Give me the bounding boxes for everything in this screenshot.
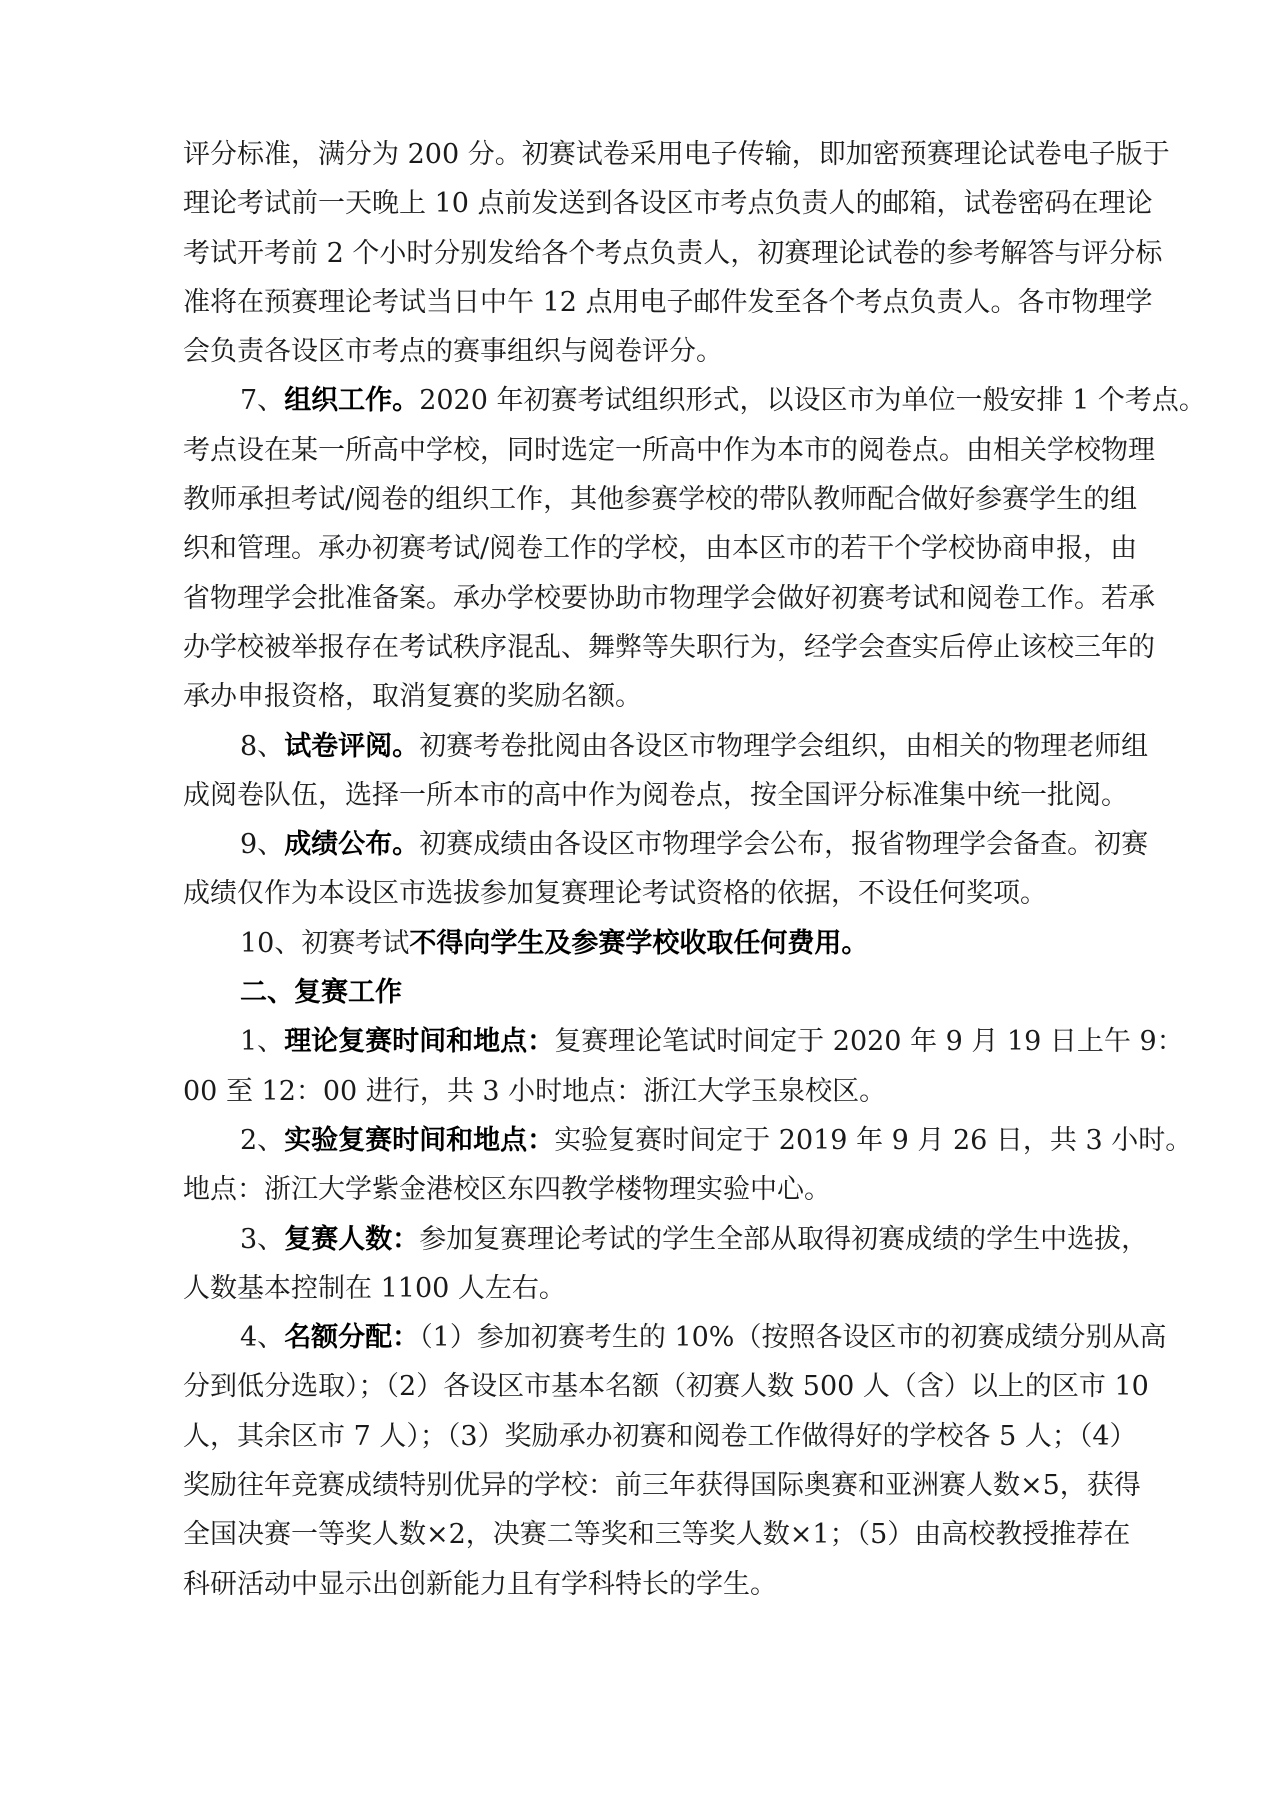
- item-number: 4、: [240, 1322, 284, 1353]
- paragraph-s2-item-2: 2、实验复赛时间和地点：实验复赛时间定于 2019 年 9 月 26 日，共 3…: [183, 1116, 1101, 1215]
- text-line: 理论考试前一天晚上 10 点前发送到各设区市考点负责人的邮箱，试卷密码在理论: [183, 179, 1101, 228]
- text-line: 成阅卷队伍，选择一所本市的高中作为阅卷点，按全国评分标准集中统一批阅。: [183, 771, 1101, 820]
- text-line: 2、实验复赛时间和地点：实验复赛时间定于 2019 年 9 月 26 日，共 3…: [183, 1116, 1101, 1165]
- item-number: 10、: [240, 928, 301, 959]
- text-line: 奖励往年竞赛成绩特别优异的学校：前三年获得国际奥赛和亚洲赛人数×5，获得: [183, 1461, 1101, 1510]
- item-number: 9、: [240, 829, 284, 860]
- text-line: 3、复赛人数：参加复赛理论考试的学生全部从取得初赛成绩的学生中选拔，: [183, 1215, 1101, 1264]
- item-text: 复赛理论笔试时间定于 2020 年 9 月 19 日上午 9：: [554, 1026, 1184, 1057]
- text-line: 地点：浙江大学紫金港校区东四教学楼物理实验中心。: [183, 1165, 1101, 1214]
- item-heading: 试卷评阅。: [284, 731, 419, 762]
- paragraph-item-7: 7、组织工作。2020 年初赛考试组织形式，以设区市为单位一般安排 1 个考点。…: [183, 376, 1101, 721]
- item-heading: 复赛人数：: [284, 1224, 419, 1255]
- item-heading: 组织工作。: [284, 385, 419, 416]
- text-line: 成绩仅作为本设区市选拔参加复赛理论考试资格的依据，不设任何奖项。: [183, 869, 1101, 918]
- text-line: 8、试卷评阅。初赛考卷批阅由各设区市物理学会组织，由相关的物理老师组: [183, 722, 1101, 771]
- section-heading: 二、复赛工作: [183, 968, 1101, 1017]
- item-text: 初赛考试: [301, 928, 409, 959]
- item-number: 3、: [240, 1224, 284, 1255]
- item-emphasis: 不得向学生及参赛学校收取任何费用。: [409, 928, 868, 959]
- paragraph-s2-item-4: 4、名额分配：（1）参加初赛考生的 10%（按照各设区市的初赛成绩分别从高 分到…: [183, 1313, 1101, 1609]
- text-line: 人数基本控制在 1100 人左右。: [183, 1264, 1101, 1313]
- item-heading: 成绩公布。: [284, 829, 419, 860]
- text-line: 省物理学会批准备案。承办学校要协助市物理学会做好初赛考试和阅卷工作。若承: [183, 574, 1101, 623]
- text-line: 科研活动中显示出创新能力且有学科特长的学生。: [183, 1560, 1101, 1609]
- text-line: 全国决赛一等奖人数×2，决赛二等奖和三等奖人数×1；（5）由高校教授推荐在: [183, 1510, 1101, 1559]
- item-text: 初赛考卷批阅由各设区市物理学会组织，由相关的物理老师组: [419, 731, 1148, 762]
- item-text: 2020 年初赛考试组织形式，以设区市为单位一般安排 1 个考点。: [419, 385, 1206, 416]
- text-line: 分到低分选取）；（2）各设区市基本名额（初赛人数 500 人（含）以上的区市 1…: [183, 1362, 1101, 1411]
- item-heading: 理论复赛时间和地点：: [284, 1026, 554, 1057]
- paragraph-s2-item-1: 1、理论复赛时间和地点：复赛理论笔试时间定于 2020 年 9 月 19 日上午…: [183, 1017, 1101, 1116]
- text-line: 00 至 12：00 进行，共 3 小时地点：浙江大学玉泉校区。: [183, 1067, 1101, 1116]
- item-number: 1、: [240, 1026, 284, 1057]
- paragraph-item-8: 8、试卷评阅。初赛考卷批阅由各设区市物理学会组织，由相关的物理老师组 成阅卷队伍…: [183, 722, 1101, 821]
- text-line: 织和管理。承办初赛考试/阅卷工作的学校，由本区市的若干个学校协商申报，由: [183, 524, 1101, 573]
- paragraph-item-9: 9、成绩公布。初赛成绩由各设区市物理学会公布，报省物理学会备查。初赛 成绩仅作为…: [183, 820, 1101, 919]
- item-heading: 实验复赛时间和地点：: [284, 1125, 554, 1156]
- text-line: 准将在预赛理论考试当日中午 12 点用电子邮件发至各个考点负责人。各市物理学: [183, 278, 1101, 327]
- item-text: 实验复赛时间定于 2019 年 9 月 26 日，共 3 小时。: [554, 1125, 1192, 1156]
- item-number: 8、: [240, 731, 284, 762]
- item-text: （1）参加初赛考生的 10%（按照各设区市的初赛成绩分别从高: [419, 1322, 1166, 1353]
- text-line: 教师承担考试/阅卷的组织工作，其他参赛学校的带队教师配合做好参赛学生的组: [183, 475, 1101, 524]
- text-line: 人，其余区市 7 人）；（3）奖励承办初赛和阅卷工作做得好的学校各 5 人；（4…: [183, 1412, 1101, 1461]
- section-title: 二、复赛工作: [240, 977, 402, 1008]
- text-line: 7、组织工作。2020 年初赛考试组织形式，以设区市为单位一般安排 1 个考点。: [183, 376, 1101, 425]
- text-line: 办学校被举报存在考试秩序混乱、舞弊等失职行为，经学会查实后停止该校三年的: [183, 623, 1101, 672]
- text-line: 承办申报资格，取消复赛的奖励名额。: [183, 672, 1101, 721]
- paragraph-scoring-tail: 评分标准，满分为 200 分。初赛试卷采用电子传输，即加密预赛理论试卷电子版于 …: [183, 130, 1101, 376]
- text-line: 会负责各设区市考点的赛事组织与阅卷评分。: [183, 327, 1101, 376]
- item-number: 2、: [240, 1125, 284, 1156]
- text-line: 评分标准，满分为 200 分。初赛试卷采用电子传输，即加密预赛理论试卷电子版于: [183, 130, 1101, 179]
- text-line: 1、理论复赛时间和地点：复赛理论笔试时间定于 2020 年 9 月 19 日上午…: [183, 1017, 1101, 1066]
- paragraph-item-10: 10、初赛考试不得向学生及参赛学校收取任何费用。: [183, 919, 1101, 968]
- item-heading: 名额分配：: [284, 1322, 419, 1353]
- text-line: 9、成绩公布。初赛成绩由各设区市物理学会公布，报省物理学会备查。初赛: [183, 820, 1101, 869]
- item-number: 7、: [240, 385, 284, 416]
- text-line: 4、名额分配：（1）参加初赛考生的 10%（按照各设区市的初赛成绩分别从高: [183, 1313, 1101, 1362]
- item-text: 初赛成绩由各设区市物理学会公布，报省物理学会备查。初赛: [419, 829, 1148, 860]
- paragraph-s2-item-3: 3、复赛人数：参加复赛理论考试的学生全部从取得初赛成绩的学生中选拔， 人数基本控…: [183, 1215, 1101, 1314]
- item-text: 参加复赛理论考试的学生全部从取得初赛成绩的学生中选拔，: [419, 1224, 1148, 1255]
- text-line: 考点设在某一所高中学校，同时选定一所高中作为本市的阅卷点。由相关学校物理: [183, 426, 1101, 475]
- text-line: 考试开考前 2 个小时分别发给各个考点负责人，初赛理论试卷的参考解答与评分标: [183, 229, 1101, 278]
- text-line: 10、初赛考试不得向学生及参赛学校收取任何费用。: [183, 919, 1101, 968]
- document-page: 评分标准，满分为 200 分。初赛试卷采用电子传输，即加密预赛理论试卷电子版于 …: [183, 130, 1101, 1609]
